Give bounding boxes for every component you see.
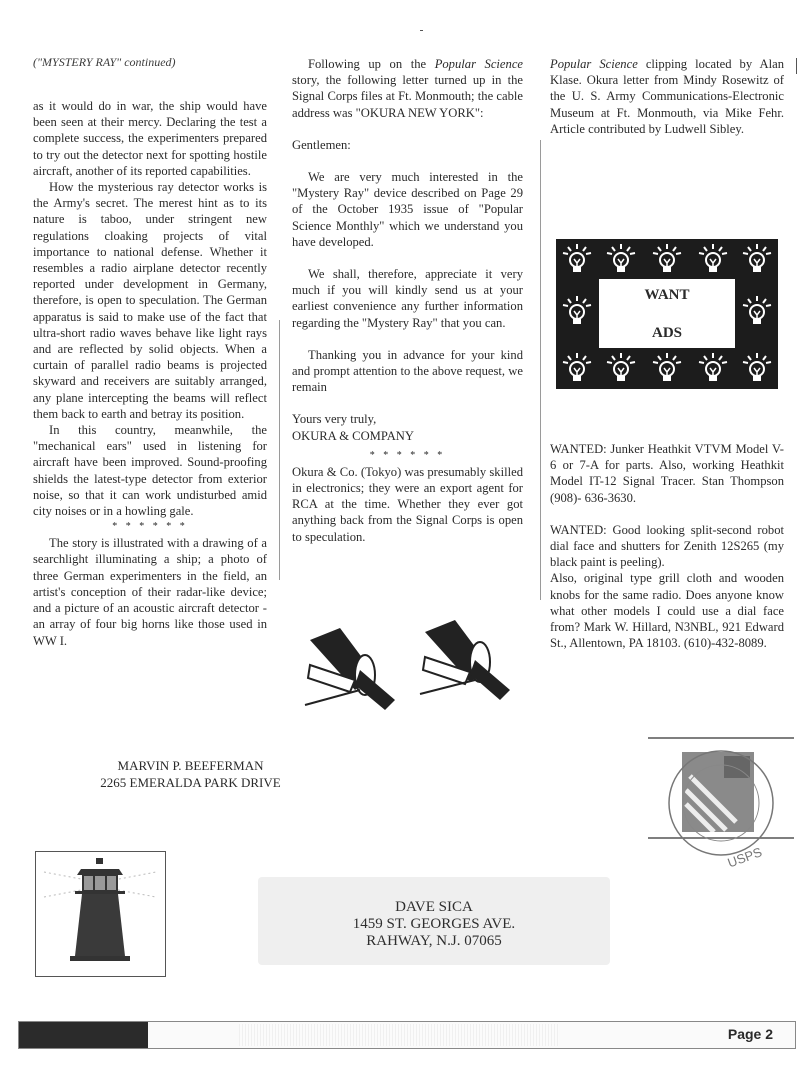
want-ad-item: WANTED: Junker Heathkit VTVM Model V-6 o…	[550, 441, 784, 506]
intro-paragraph: Following up on the Popular Science stor…	[292, 56, 523, 121]
want-ads-title: WANT ADS	[599, 279, 735, 348]
section-separator: * * * * * *	[33, 519, 267, 535]
salutation: Gentlemen:	[292, 137, 523, 153]
letter-paragraph: We are very much interested in the "Myst…	[292, 169, 523, 250]
page-number: Page 2	[728, 1026, 773, 1042]
want-ads-title-line1: WANT	[599, 287, 735, 304]
recipient-street: 1459 ST. GEORGES AVE.	[258, 916, 610, 933]
margin-mark	[796, 58, 797, 74]
lightbulb-icon	[743, 296, 771, 324]
article-paragraph: The story is illustrated with a drawing …	[33, 535, 267, 648]
postmark-text: USPS	[726, 844, 765, 870]
lighthouse-logo	[35, 851, 166, 977]
lightbulb-icon	[563, 353, 591, 381]
column-2: Following up on the Popular Science stor…	[292, 56, 523, 545]
postage-stamp: USPS	[646, 730, 796, 870]
airplane-icon	[420, 620, 510, 700]
return-address: MARVIN P. BEEFERMAN 2265 EMERALDA PARK D…	[88, 757, 293, 791]
lightbulb-icon	[653, 353, 681, 381]
column-3: Popular Science clipping located by Alan…	[550, 56, 784, 137]
lightbulb-icon	[699, 353, 727, 381]
lightbulb-icon	[743, 353, 771, 381]
page-footer: Page 2	[18, 1021, 796, 1049]
publication-title: Popular Science	[550, 57, 638, 71]
publication-title: Popular Science	[435, 57, 523, 71]
return-name: MARVIN P. BEEFERMAN	[88, 757, 293, 774]
lightbulb-icon	[563, 296, 591, 324]
want-ad-item: WANTED: Good looking split-second robot …	[550, 522, 784, 571]
signoff: Yours very truly,	[292, 411, 523, 427]
want-ad-item: Also, original type grill cloth and wood…	[550, 570, 784, 651]
airplane-illustration	[300, 620, 530, 715]
lightbulb-icon	[743, 244, 771, 272]
lightbulb-icon	[607, 244, 635, 272]
section-separator: * * * * * *	[292, 448, 523, 464]
intro-text: Following up on the	[308, 57, 435, 71]
column-1: as it would do in war, the ship would ha…	[33, 98, 267, 649]
recipient-name: DAVE SICA	[258, 899, 610, 916]
lightbulb-icon	[607, 353, 635, 381]
footer-shading	[239, 1024, 559, 1046]
top-mark	[420, 30, 423, 31]
continued-header: ("MYSTERY RAY" continued)	[33, 55, 176, 70]
lighthouse-icon	[36, 852, 165, 976]
article-paragraph: as it would do in war, the ship would ha…	[33, 98, 267, 179]
letter-paragraph: We shall, therefore, appreciate it very …	[292, 266, 523, 331]
want-ads-list: WANTED: Junker Heathkit VTVM Model V-6 o…	[550, 441, 784, 651]
article-paragraph: How the mysterious ray detector works is…	[33, 179, 267, 422]
signoff-company: OKURA & COMPANY	[292, 428, 523, 444]
letter-paragraph: Thanking you in advance for your kind an…	[292, 347, 523, 396]
column-divider	[540, 140, 541, 600]
credits-paragraph: Popular Science clipping located by Alan…	[550, 56, 784, 137]
want-ads-banner: WANT ADS	[556, 239, 778, 389]
footer-dark-block	[19, 1022, 148, 1048]
note-paragraph: Okura & Co. (Tokyo) was presumably skill…	[292, 464, 523, 545]
lightbulb-icon	[563, 244, 591, 272]
lightbulb-icon	[699, 244, 727, 272]
want-ads-title-line2: ADS	[599, 325, 735, 342]
article-paragraph: In this country, meanwhile, the "mechani…	[33, 422, 267, 519]
recipient-city: RAHWAY, N.J. 07065	[258, 933, 610, 950]
intro-text: story, the following letter turned up in…	[292, 73, 523, 119]
mailing-label: DAVE SICA 1459 ST. GEORGES AVE. RAHWAY, …	[258, 877, 610, 965]
column-divider	[279, 320, 280, 580]
lightbulb-icon	[653, 244, 681, 272]
return-street: 2265 EMERALDA PARK DRIVE	[88, 774, 293, 791]
airplane-icon	[305, 628, 395, 710]
